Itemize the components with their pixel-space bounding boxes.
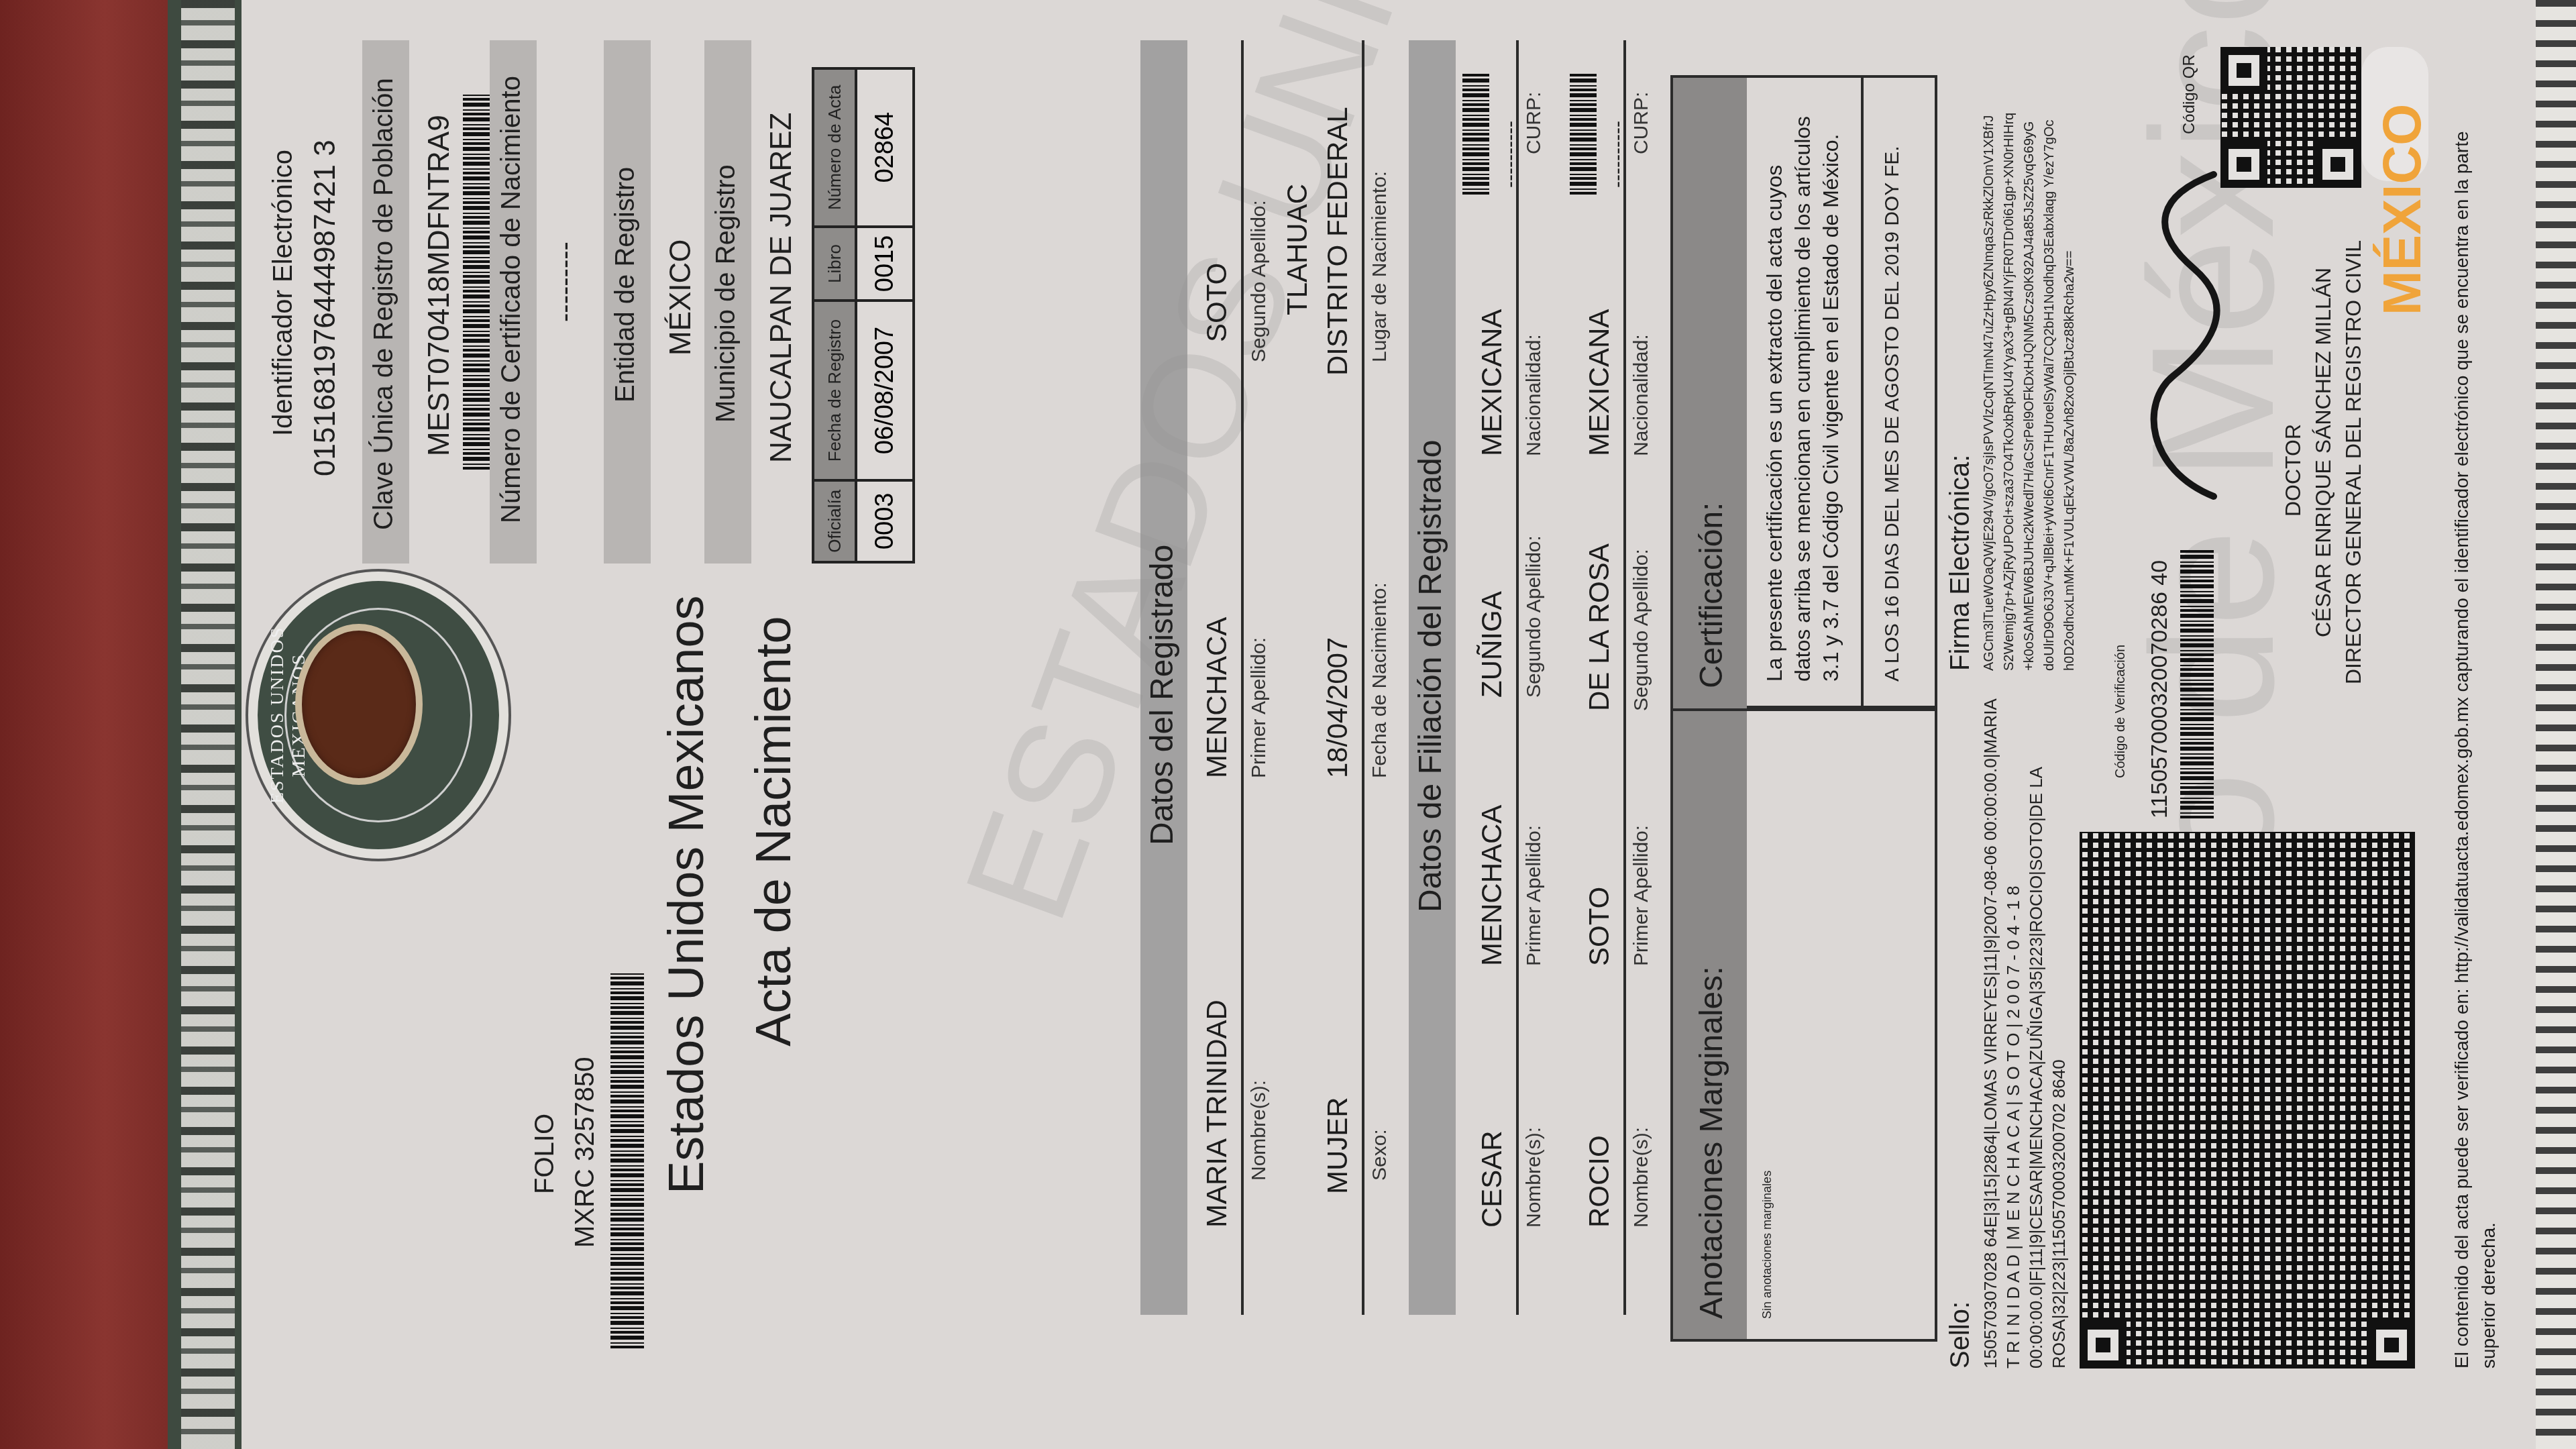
electronic-id-value: 0151681976444987421 3 (309, 140, 342, 476)
annotations-box: Anotaciones Marginales: Sin anotaciones … (1670, 706, 1937, 1342)
value-oficialia: 0003 (856, 480, 914, 562)
header-fecha-registro: Fecha de Registro (813, 301, 856, 480)
qr-finder-icon (2080, 1322, 2127, 1368)
father-nationality-label: Nacionalidad: (1523, 334, 1546, 456)
border-pattern (181, 0, 235, 1449)
divider (1241, 40, 1244, 1315)
birth-place-line2: DISTRITO FEDERAL (1322, 107, 1354, 376)
value-numero-acta: 02864 (856, 68, 914, 227)
father-curp-label: CURP: (1523, 92, 1546, 154)
birth-place-line1: TLAHUAC (1281, 184, 1313, 315)
entity-value: MÉXICO (664, 239, 698, 356)
verification-qr-code (2080, 832, 2415, 1368)
curp-value: MEST070418MDFNTRA9 (423, 115, 456, 456)
father-names-label: Nombre(s): (1523, 1127, 1546, 1228)
qr-code-label: Código QR (2180, 54, 2199, 134)
ornamental-border-top (168, 0, 241, 1449)
first-surname-label: Primer Apellido: (1248, 637, 1271, 778)
divider (1516, 40, 1519, 1315)
registrant-section-title: Datos del Registrado (1144, 545, 1181, 845)
father-second-surname-label: Segundo Apellido: (1523, 535, 1546, 698)
verification-barcode (2180, 550, 2214, 818)
curp-barcode (463, 94, 490, 470)
names-label: Nombre(s): (1248, 1080, 1271, 1181)
mother-names-label: Nombre(s): (1630, 1127, 1653, 1228)
header-libro: Libro (813, 227, 856, 301)
curp-label: Clave Única de Registro de Población (369, 78, 399, 530)
father-curp-barcode (1462, 74, 1489, 195)
small-qr-code (2220, 47, 2361, 188)
qr-finder-icon (2368, 1322, 2415, 1368)
father-names: CESAR (1476, 1130, 1508, 1228)
director-name: CÉSAR ENRIQUE SÁNCHEZ MILLÁN (2311, 268, 2336, 637)
mother-nationality: MEXICANA (1583, 309, 1615, 456)
electronic-id-label: Identificador Electrónico (268, 150, 299, 436)
mother-first-surname-label: Primer Apellido: (1630, 825, 1653, 966)
municipality-value: NAUCALPAN DE JUAREZ (765, 113, 798, 463)
signature-line: +k0oSAhMEW6BJUHc2kWedl7H/aCSrPel9OFkDxHJ… (2019, 67, 2039, 671)
seal-string: 150570307028 64E|3|15|2864|LOMAS VIRREYE… (1979, 698, 2070, 1368)
registrant-names: MARIA TRINIDAD (1201, 1000, 1233, 1228)
registrant-first-surname: MENCHACA (1201, 617, 1233, 778)
director-position: DIRECTOR GENERAL DEL REGISTRO CIVIL (2341, 240, 2366, 684)
father-second-surname: ZUÑIGA (1476, 591, 1508, 698)
birth-cert-number-value: --------- (550, 241, 580, 322)
birth-cert-number-label: Número de Certificado de Nacimiento (496, 76, 527, 523)
birth-date-label: Fecha de Nacimiento: (1368, 582, 1391, 778)
signature-line: AGCm3lTueWOaQWjE294V/gcO7sjIsPVVlzCqNTIm… (1979, 67, 1999, 671)
qr-finder-icon (2220, 141, 2267, 188)
verification-footer: El contenido del acta puede ser verifica… (2449, 60, 2502, 1368)
ornamental-border-bottom (2536, 0, 2576, 1449)
entity-label: Entidad de Registro (610, 167, 641, 402)
seal-label: Sello: (1945, 1301, 1976, 1368)
registrant-second-surname: SOTO (1201, 263, 1233, 342)
header-numero-acta: Número de Acta (813, 68, 856, 227)
binder-ring (295, 624, 423, 785)
municipality-label: Municipio de Registro (711, 164, 741, 423)
birth-place-label: Lugar de Nacimiento: (1368, 171, 1391, 362)
country-title: Estados Unidos Mexicanos (657, 595, 714, 1194)
mother-curp-barcode (1570, 74, 1597, 195)
seal-line: 150570307028 64E|3|15|2864|LOMAS VIRREYE… (1979, 698, 2002, 1368)
electronic-signature-label: Firma Electrónica: (1945, 455, 1976, 671)
header-oficialia: Oficialía (813, 480, 856, 562)
folio-barcode (610, 973, 644, 1348)
qr-finder-icon (2220, 47, 2267, 94)
value-fecha-registro: 06/08/2007 (856, 301, 914, 480)
registry-table: Oficialía Fecha de Registro Libro Número… (812, 67, 915, 563)
signature-line: S2Wemjg7p+AZjRyUPOcl+sza37O4TkOxbRpKU4Yy… (1999, 67, 2019, 671)
table-surface (0, 0, 174, 1449)
electronic-signature: AGCm3lTueWOaQWjE294V/gcO7sjIsPVVlzCqNTIm… (1979, 67, 2080, 671)
mother-second-surname: DE LA ROSA (1583, 543, 1615, 711)
seal-line: T R I N I D A D | M E N C H A C A | S O … (2002, 698, 2025, 1368)
seal-line: 00:00:00.0|F|11|9|CESAR|MENCHACA|ZUÑIGA|… (2025, 698, 2047, 1368)
mother-names: ROCIO (1583, 1135, 1615, 1228)
seal-line: ROSA|32|223|1150570003200702 8640 (2047, 698, 2070, 1368)
director-title: DOCTOR (2281, 424, 2306, 517)
value-libro: 0015 (856, 227, 914, 301)
annotations-title: Anotaciones Marginales: (1693, 966, 1730, 1319)
mother-curp-label: CURP: (1630, 92, 1653, 154)
father-nationality: MEXICANA (1476, 309, 1508, 456)
certification-date: A LOS 16 DIAS DEL MES DE AGOSTO DEL 2019… (1881, 146, 1904, 682)
divider (1623, 40, 1626, 1315)
sex-label: Sexo: (1368, 1129, 1391, 1181)
verification-code: 115057000320070286 40 (2147, 560, 2173, 818)
registrant-sex: MUJER (1322, 1097, 1354, 1194)
certification-title: Certificación: (1693, 502, 1730, 688)
birth-certificate-page: ESTADOS UNIDOS MEXICANOS Estado de Méxic… (168, 0, 2576, 1449)
verification-code-label: Código de Verificación (2113, 645, 2129, 778)
mother-nationality-label: Nacionalidad: (1630, 334, 1653, 456)
father-first-surname-label: Primer Apellido: (1523, 825, 1546, 966)
signature-line: h0D2odhcxLmMK+F1VULqEkzVWL/8aZvh82xoOjlB… (2059, 67, 2080, 671)
mexico-stamp: MÉXICO (2371, 103, 2433, 315)
registrant-birth-date: 18/04/2007 (1322, 637, 1354, 778)
document-title: Acta de Nacimiento (745, 616, 802, 1046)
document-paper: ESTADOS UNIDOS MEXICANOS Estado de Méxic… (168, 0, 2576, 1449)
folio-number: MXRC 3257850 (570, 1057, 600, 1248)
divider (1861, 78, 1864, 708)
annotations-text: Sin anotaciones marginales (1760, 1171, 1774, 1319)
second-surname-label: Segundo Apellido: (1248, 200, 1271, 362)
director-signature (2133, 161, 2254, 510)
divider (1362, 40, 1364, 1315)
qr-finder-icon (2314, 141, 2361, 188)
father-first-surname: MENCHACA (1476, 805, 1508, 966)
certification-box: Certificación: La presente certificación… (1670, 75, 1937, 711)
signature-line: doUlrD9O6J3V+qJlBlei+yWcl6CnrF1THUroelSy… (2039, 67, 2059, 671)
mother-first-surname: SOTO (1583, 887, 1615, 966)
mother-second-surname-label: Segundo Apellido: (1630, 549, 1653, 711)
certification-text: La presente certificación es un extracto… (1760, 111, 1845, 682)
folio-label: FOLIO (530, 1114, 560, 1194)
filiation-section-title: Datos de Filiación del Registrado (1412, 440, 1449, 912)
